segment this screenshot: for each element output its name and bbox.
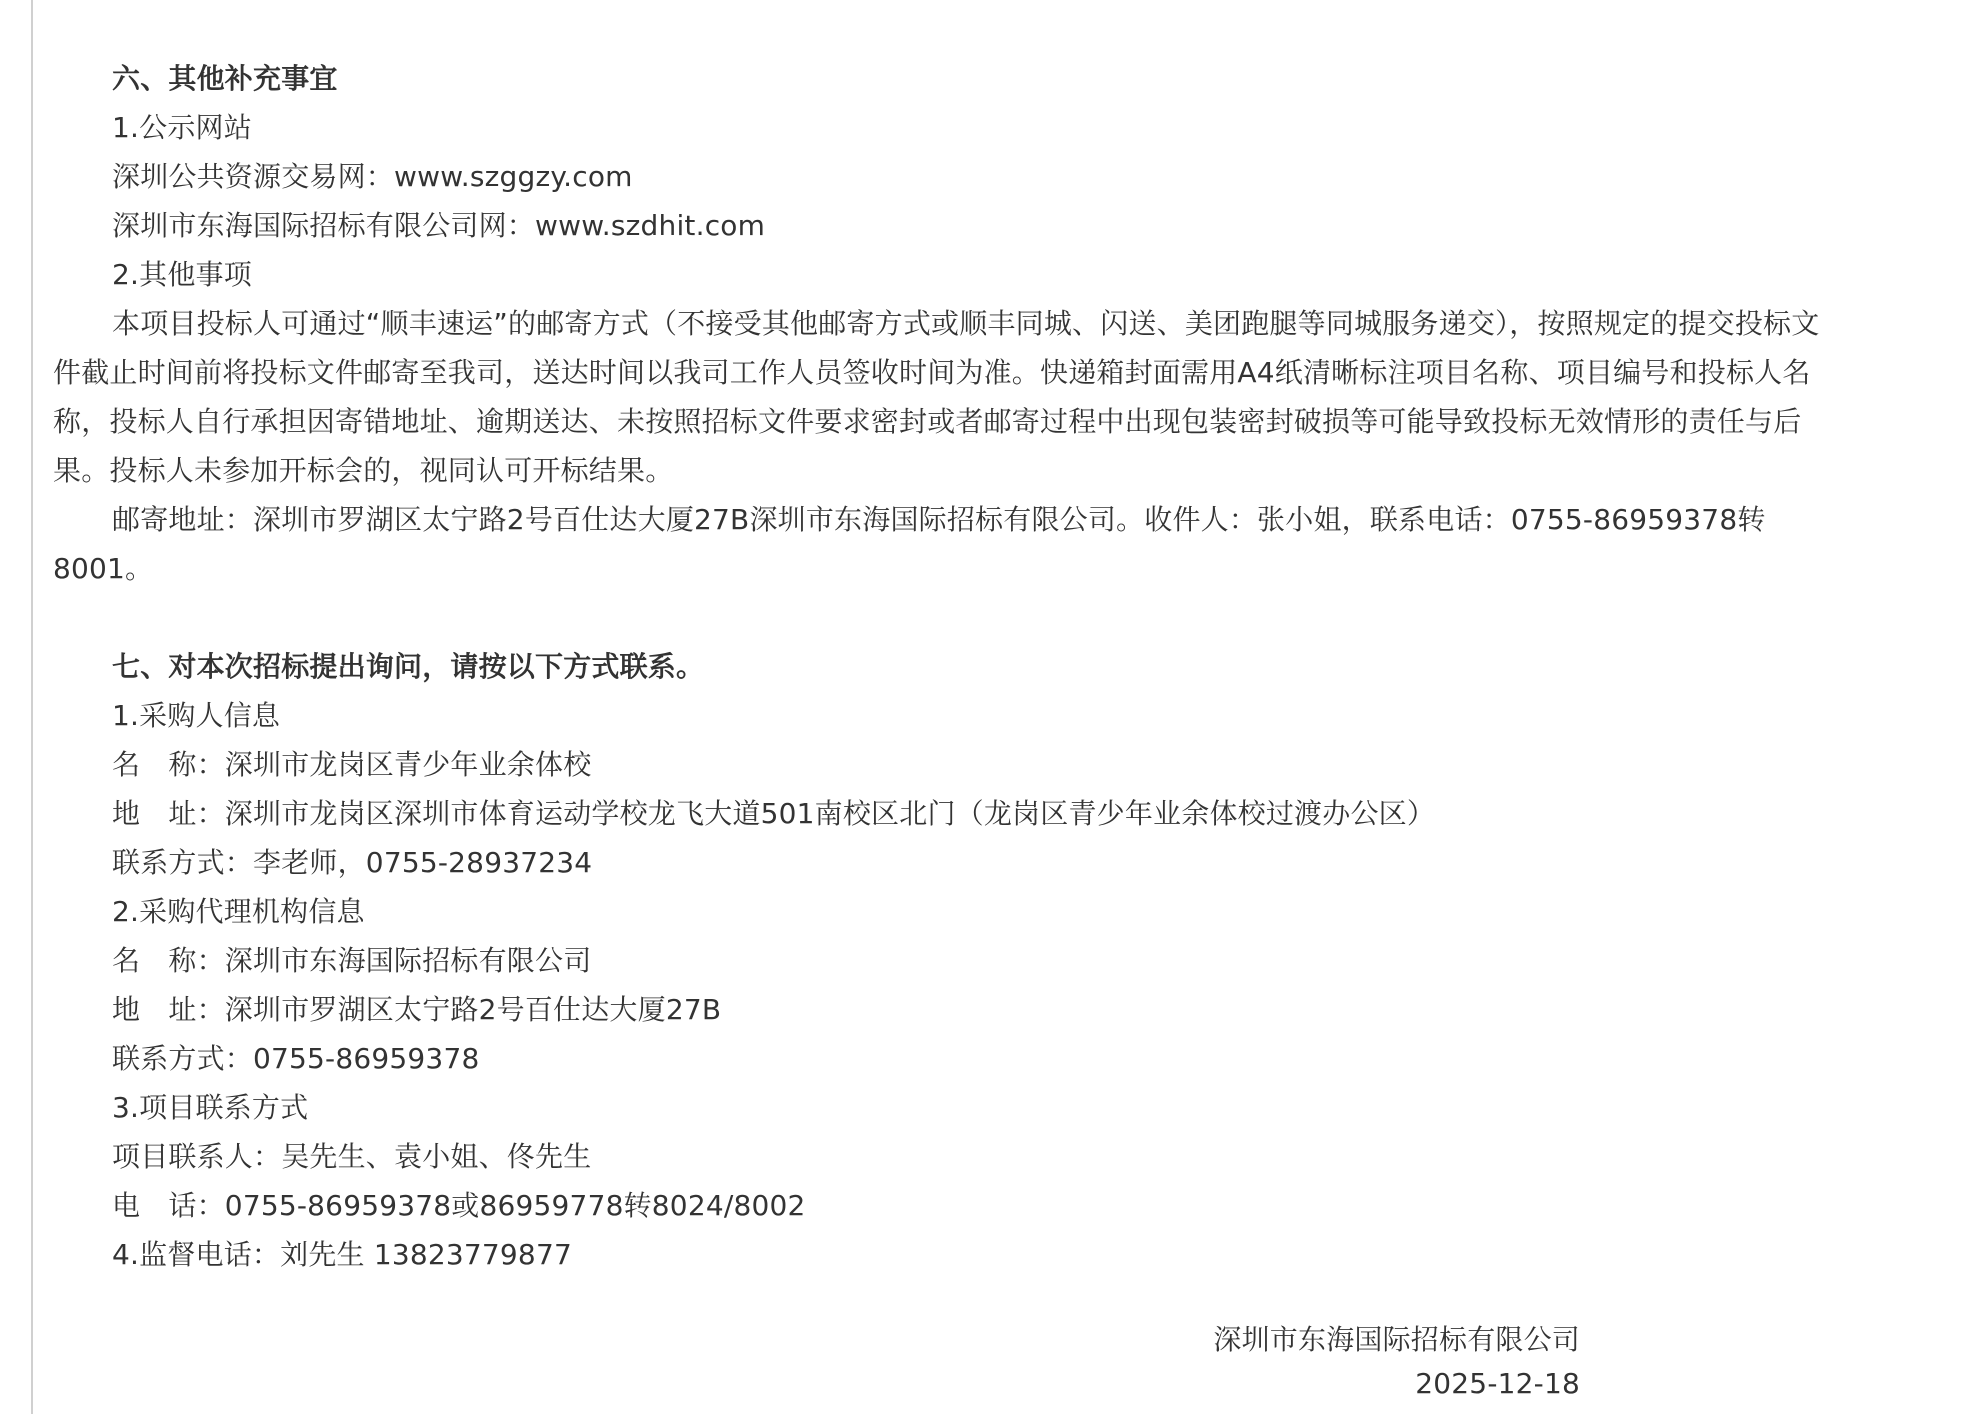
signature-block: 深圳市东海国际招标有限公司 2025-12-18: [1160, 1318, 1580, 1406]
agency-address: 地 址：深圳市罗湖区太宁路2号百仕达大厦27B: [53, 985, 1943, 1034]
other-matters-paragraph-line: 件截止时间前将投标文件邮寄至我司，送达时间以我司工作人员签收时间为准。快递箱封面…: [53, 348, 1943, 397]
purchaser-name: 名 称：深圳市龙岗区青少年业余体校: [53, 740, 1943, 789]
other-matters-paragraph-line: 本项目投标人可通过“顺丰速运”的邮寄方式（不接受其他邮寄方式或顺丰同城、闪送、美…: [53, 299, 1943, 348]
purchaser-contact: 联系方式：李老师，0755-28937234: [53, 838, 1943, 887]
section-7: 七、对本次招标提出询问，请按以下方式联系。 1.采购人信息 名 称：深圳市龙岗区…: [53, 642, 1943, 1279]
other-matters-paragraph-line: 称，投标人自行承担因寄错地址、逾期送达、未按照招标文件要求密封或者邮寄过程中出现…: [53, 397, 1943, 446]
section-6: 六、其他补充事宜 1.公示网站 深圳公共资源交易网：www.szggzy.com…: [53, 54, 1943, 593]
purchaser-info-title: 1.采购人信息: [53, 691, 1943, 740]
project-contact-persons: 项目联系人：吴先生、袁小姐、佟先生: [53, 1132, 1943, 1181]
mailing-address-line: 8001。: [53, 544, 1943, 593]
mailing-address-line: 邮寄地址：深圳市罗湖区太宁路2号百仕达大厦27B深圳市东海国际招标有限公司。收件…: [53, 495, 1943, 544]
section-6-heading: 六、其他补充事宜: [53, 54, 1943, 103]
public-sites-title: 1.公示网站: [53, 103, 1943, 152]
left-border-rule: [31, 0, 33, 1414]
agency-contact: 联系方式：0755-86959378: [53, 1034, 1943, 1083]
signature-date: 2025-12-18: [1160, 1362, 1580, 1406]
project-contact-title: 3.项目联系方式: [53, 1083, 1943, 1132]
supervision-phone: 4.监督电话：刘先生 13823779877: [53, 1230, 1943, 1279]
signature-company: 深圳市东海国际招标有限公司: [1160, 1318, 1580, 1362]
public-site-szggzy: 深圳公共资源交易网：www.szggzy.com: [53, 152, 1943, 201]
purchaser-address: 地 址：深圳市龙岗区深圳市体育运动学校龙飞大道501南校区北门（龙岗区青少年业余…: [53, 789, 1943, 838]
other-matters-title: 2.其他事项: [53, 250, 1943, 299]
other-matters-paragraph-line: 果。投标人未参加开标会的，视同认可开标结果。: [53, 446, 1943, 495]
section-7-heading: 七、对本次招标提出询问，请按以下方式联系。: [53, 642, 1943, 691]
project-contact-phone: 电 话：0755-86959378或86959778转8024/8002: [53, 1181, 1943, 1230]
section-divider-space: [53, 593, 1943, 642]
agency-info-title: 2.采购代理机构信息: [53, 887, 1943, 936]
public-site-szdhit: 深圳市东海国际招标有限公司网：www.szdhit.com: [53, 201, 1943, 250]
agency-name: 名 称：深圳市东海国际招标有限公司: [53, 936, 1943, 985]
announcement-body: 六、其他补充事宜 1.公示网站 深圳公共资源交易网：www.szggzy.com…: [53, 54, 1943, 1279]
